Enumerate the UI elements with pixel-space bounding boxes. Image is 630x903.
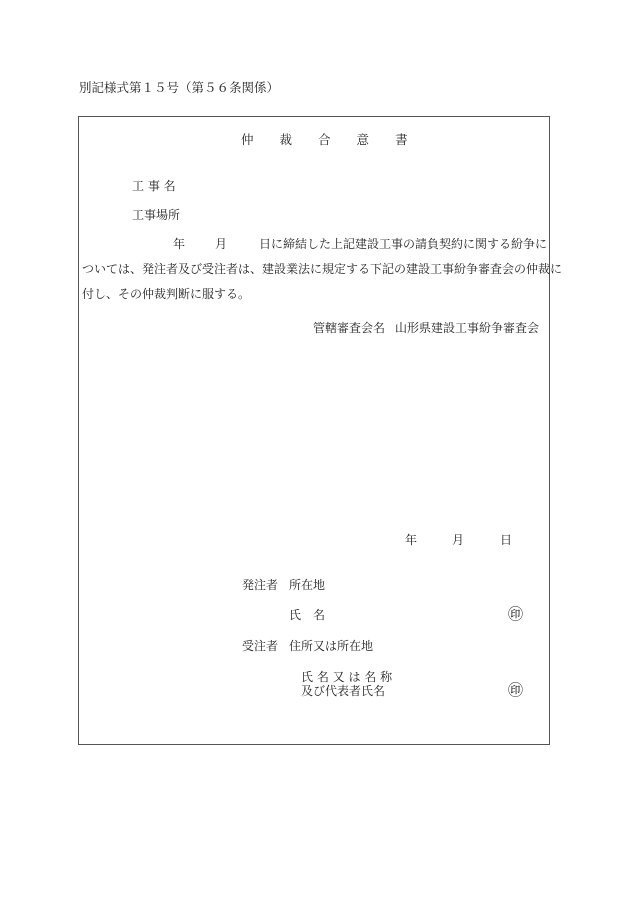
document-title: 仲裁合意書	[241, 133, 408, 147]
committee-label: 管轄審査会名	[313, 321, 385, 335]
date-year-label: 年	[405, 533, 417, 547]
work-site-label: 工事場所	[132, 208, 180, 222]
title-char: 書	[395, 133, 408, 147]
title-char: 仲	[241, 133, 254, 147]
orderer-role: 発注者	[242, 578, 278, 592]
contractor-address-label: 住所又は所在地	[289, 639, 373, 653]
contract-year-label: 年	[173, 237, 185, 251]
seal-icon: ㊞	[508, 606, 523, 622]
contract-month-label: 月	[215, 237, 227, 251]
date-day-label: 日	[500, 533, 512, 547]
body-line-3: 付し、その仲裁判断に服する。	[82, 287, 250, 301]
orderer-address-label: 所在地	[289, 578, 325, 592]
title-char: 意	[357, 133, 370, 147]
title-char: 裁	[280, 133, 293, 147]
seal-icon: ㊞	[508, 682, 523, 698]
work-name-label: 工 事 名	[132, 179, 176, 193]
body-line-1: 日に締結した上記建設工事の請負契約に関する紛争に	[259, 237, 547, 251]
orderer-name-label: 氏 名	[289, 608, 325, 622]
contractor-role: 受注者	[242, 639, 278, 653]
form-number: 別記様式第１５号（第５６条関係）	[79, 81, 279, 95]
contractor-name-label-line1: 氏 名 又 は 名 称	[301, 670, 392, 684]
body-line-2: ついては、発注者及び受注者は、建設業法に規定する下記の建設工事紛争審査会の仲裁に	[82, 262, 562, 276]
committee-name: 山形県建設工事紛争審査会	[395, 321, 539, 335]
date-month-label: 月	[452, 533, 464, 547]
title-char: 合	[318, 133, 331, 147]
contractor-name-label-line2: 及び代表者氏名	[301, 684, 385, 698]
